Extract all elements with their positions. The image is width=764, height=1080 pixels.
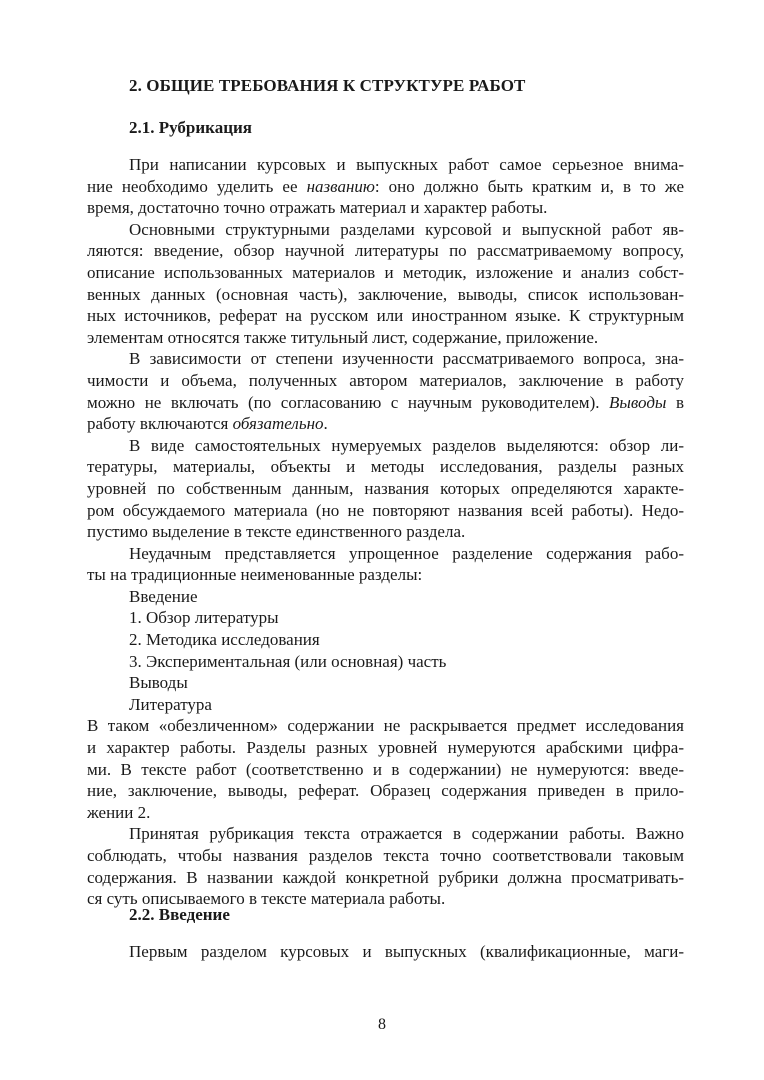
list-item: 2. Методика исследования — [87, 629, 684, 651]
text-line: жении 2. — [87, 802, 684, 824]
document-page: 2. ОБЩИЕ ТРЕБОВАНИЯ К СТРУКТУРЕ РАБОТ 2.… — [0, 0, 764, 1080]
text-line: соблюдать, чтобы названия разделов текст… — [87, 845, 684, 867]
text-line: уровней по собственным данным, названия … — [87, 478, 684, 500]
text-line: Первым разделом курсовых и выпускных (кв… — [87, 941, 684, 963]
text-line: венных данных (основная часть), заключен… — [87, 284, 684, 306]
list-item: Введение — [87, 586, 684, 608]
text-line: При написании курсовых и выпускных работ… — [87, 154, 684, 176]
text-line: ты на традиционные неименованные разделы… — [87, 564, 684, 586]
text-line: и характер работы. Разделы разных уровне… — [87, 737, 684, 759]
text-line: Неудачным представляется упрощенное разд… — [87, 543, 684, 565]
section-title-introduction: 2.2. Введение — [129, 905, 230, 925]
text-line: содержания. В названии каждой конкретной… — [87, 867, 684, 889]
chapter-title: 2. ОБЩИЕ ТРЕБОВАНИЯ К СТРУКТУРЕ РАБОТ — [129, 76, 525, 96]
text-line: В виде самостоятельных нумеруемых раздел… — [87, 435, 684, 457]
text-line: ляются: введение, обзор научной литерату… — [87, 240, 684, 262]
text-line: ние, заключение, выводы, реферат. Образе… — [87, 780, 684, 802]
text-line: Основными структурными разделами курсово… — [87, 219, 684, 241]
text-line: время, достаточно точно отражать материа… — [87, 197, 684, 219]
list-item: 3. Экспериментальная (или основная) част… — [87, 651, 684, 673]
text-line: ми. В тексте работ (соответственно и в с… — [87, 759, 684, 781]
list-item: 1. Обзор литературы — [87, 607, 684, 629]
text-line: чимости и объема, полученных автором мат… — [87, 370, 684, 392]
list-item: Литература — [87, 694, 684, 716]
text-line: В таком «обезличенном» содержании не рас… — [87, 715, 684, 737]
text-line: описание использованных материалов и мет… — [87, 262, 684, 284]
text-line: работу включаются обязательно. — [87, 413, 684, 435]
text-line: Принятая рубрикация текста отражается в … — [87, 823, 684, 845]
section-title-rubrication: 2.1. Рубрикация — [129, 118, 252, 138]
text-line: пустимо выделение в тексте единственного… — [87, 521, 684, 543]
page-number: 8 — [0, 1016, 764, 1034]
text-line: тературы, материалы, объекты и методы ис… — [87, 456, 684, 478]
text-line: ние необходимо уделить ее названию: оно … — [87, 176, 684, 198]
text-line: ром обсуждаемого материала (но не повтор… — [87, 500, 684, 522]
emphasis-text: Выводы — [609, 393, 666, 412]
text-line: ных источников, реферат на русском или и… — [87, 305, 684, 327]
text-line: элементам относятся также титульный лист… — [87, 327, 684, 349]
section-body-rubrication: При написании курсовых и выпускных работ… — [87, 154, 684, 910]
list-item: Выводы — [87, 672, 684, 694]
text-line: В зависимости от степени изученности рас… — [87, 348, 684, 370]
emphasis-text: названию — [307, 177, 375, 196]
emphasis-text: обязательно — [233, 414, 324, 433]
text-line: можно не включать (по согласованию с нау… — [87, 392, 684, 414]
section-body-introduction: Первым разделом курсовых и выпускных (кв… — [87, 941, 684, 963]
